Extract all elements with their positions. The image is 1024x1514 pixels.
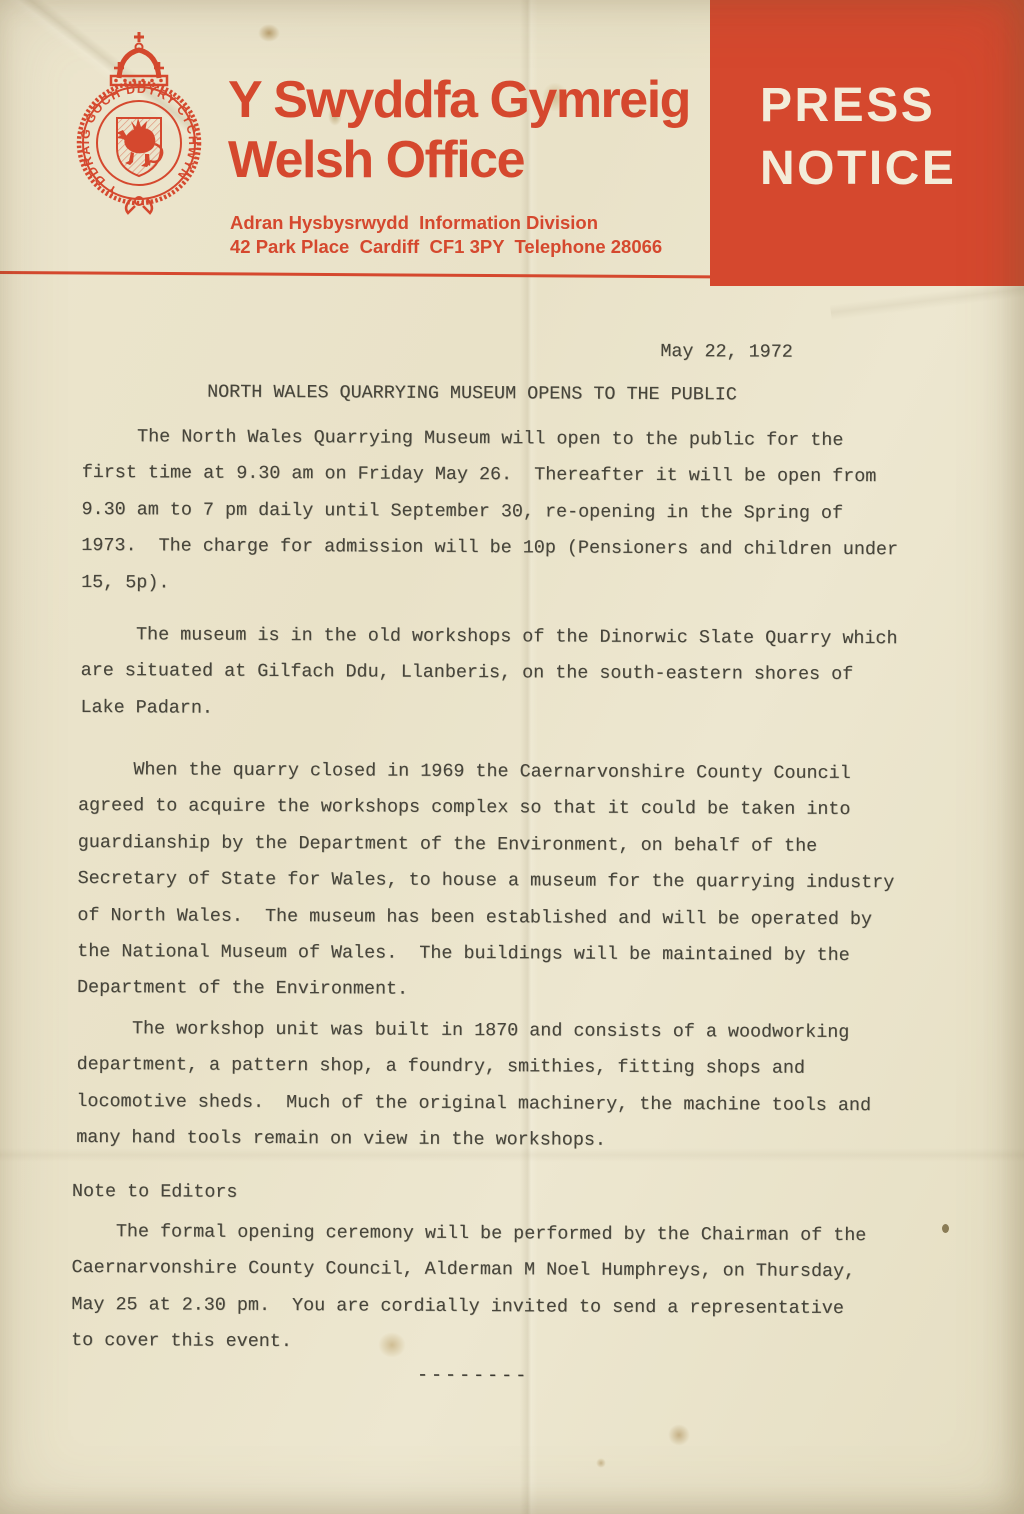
press-notice-page: Y DDRAIG GOCH DDYRY CYCHWYN Y Swyddfa Gy…: [0, 0, 1024, 1514]
typed-letter: May 22, 1972 NORTH WALES QUARRYING MUSEU…: [0, 0, 1024, 1514]
note-to-editors-body: The formal opening ceremony will be perf…: [71, 1214, 866, 1364]
note-to-editors-heading: Note to Editors: [72, 1174, 238, 1211]
letter-paragraph-2: The museum is in the old workshops of th…: [80, 617, 897, 730]
letter-headline: NORTH WALES QUARRYING MUSEUM OPENS TO TH…: [207, 375, 737, 414]
letter-paragraph-3: When the quarry closed in 1969 the Caern…: [77, 752, 895, 1011]
letter-date: May 22, 1972: [660, 334, 793, 371]
letter-paragraph-1: The North Wales Quarrying Museum will op…: [81, 419, 899, 605]
end-mark: --------: [417, 1358, 529, 1395]
letter-paragraph-4: The workshop unit was built in 1870 and …: [76, 1011, 871, 1161]
